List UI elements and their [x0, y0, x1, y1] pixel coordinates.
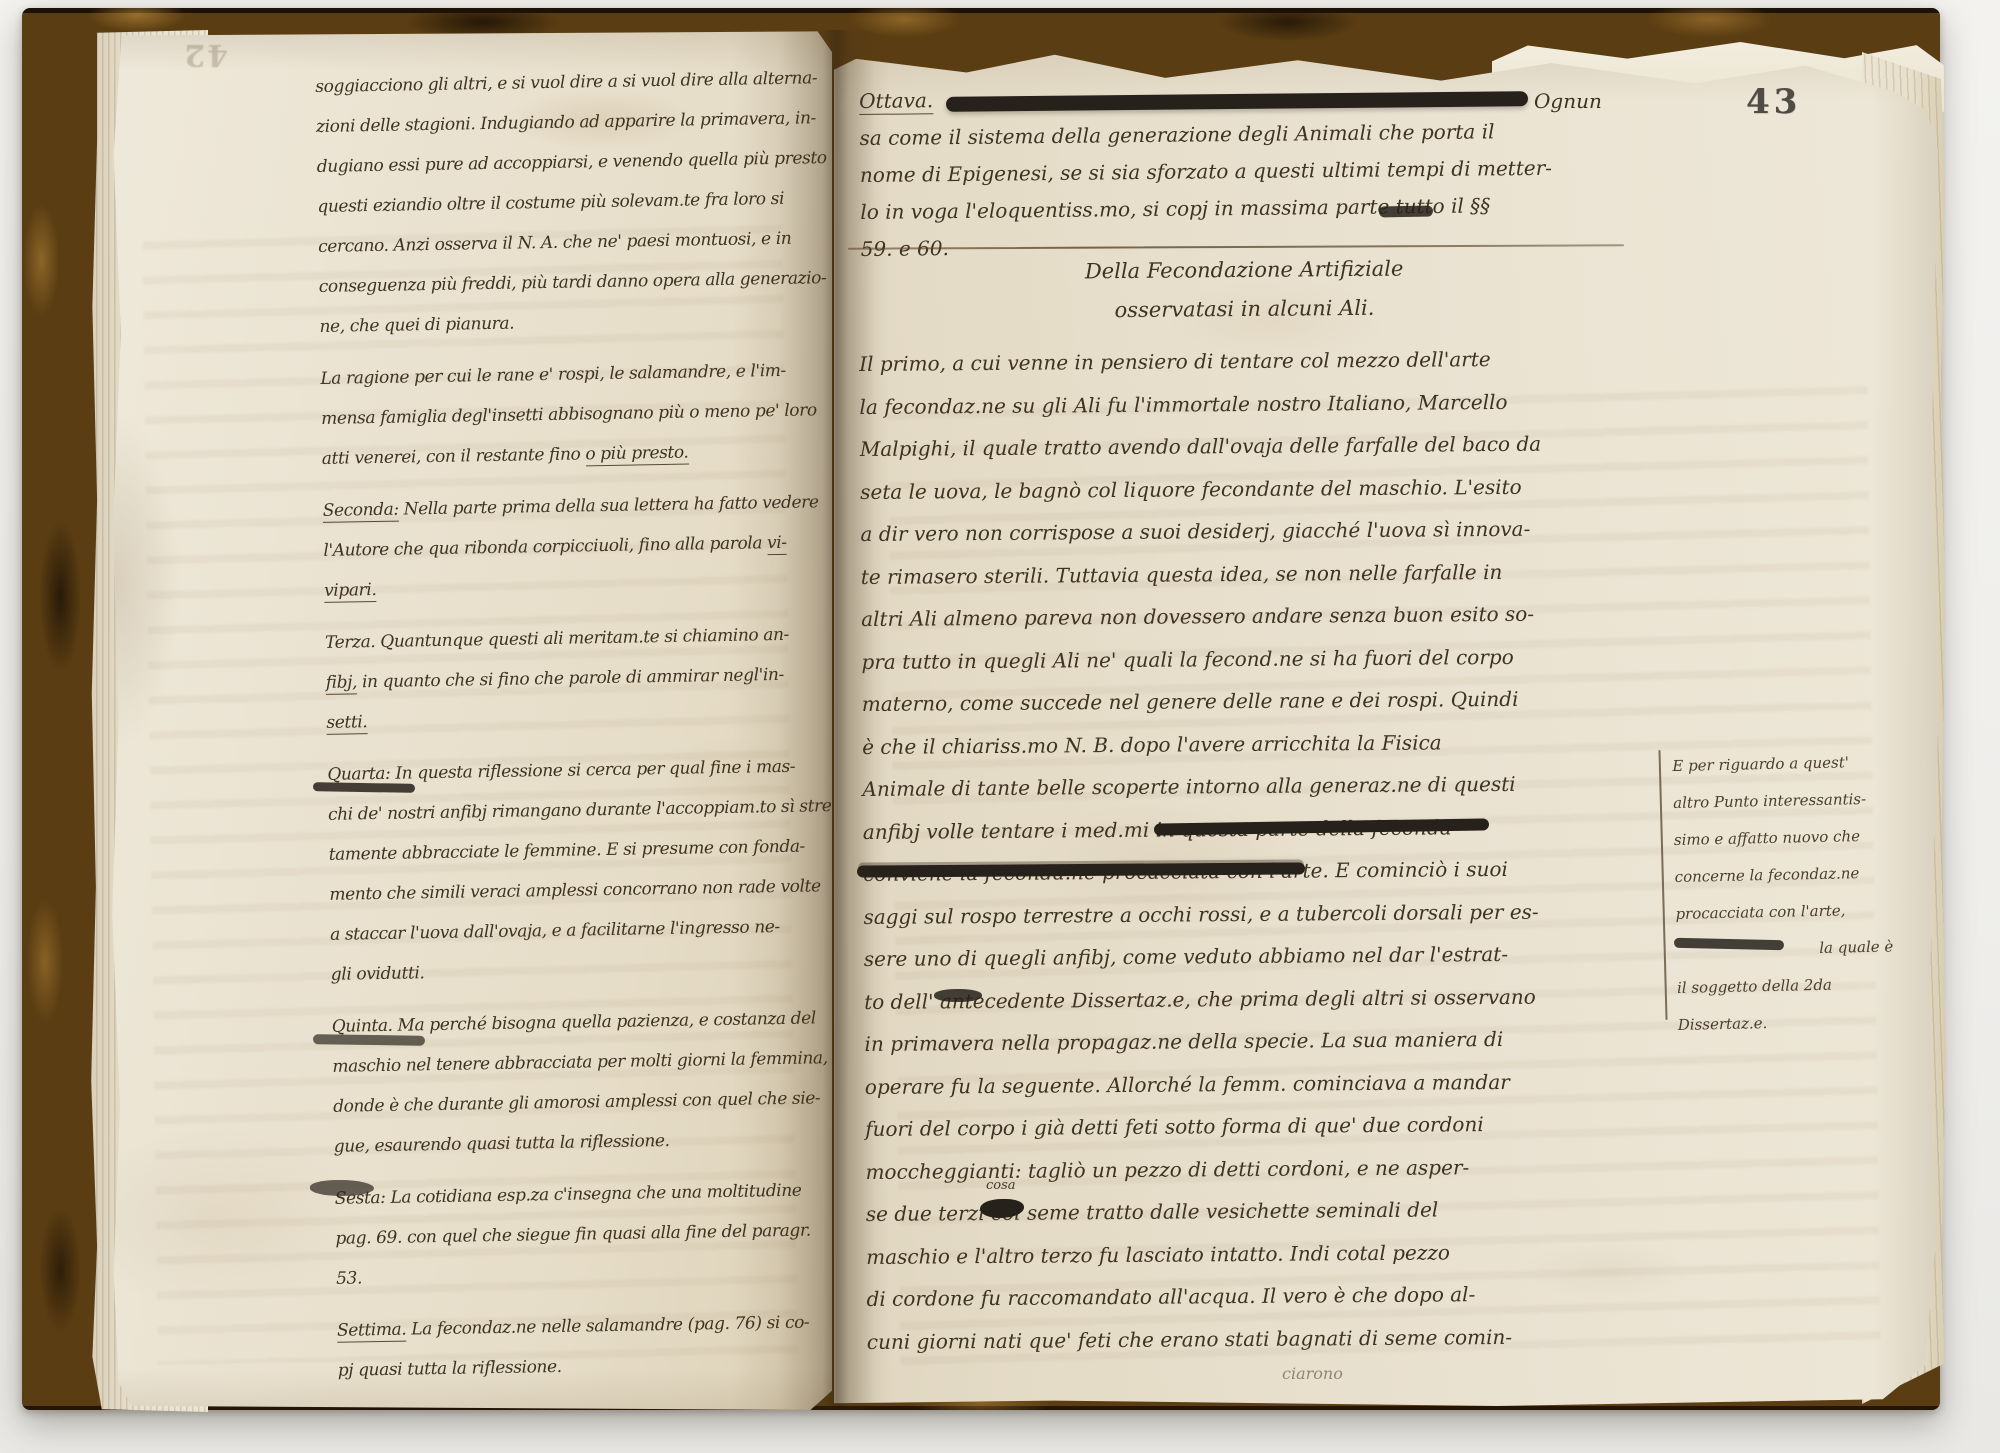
handwritten-line: gue, esaurendo quasi tutta la riflession…	[333, 1118, 832, 1167]
right-page-body-text: Il primo, a cui venne in pensiero di ten…	[859, 337, 1662, 1363]
handwritten-line: simo e affatto nuovo che	[1674, 817, 1927, 859]
handwritten-line: la quale è	[1676, 928, 1929, 970]
margin-note-bracket	[1658, 750, 1667, 1020]
handwritten-line: è che il chiariss.mo N. B. dopo l'avere …	[862, 719, 1657, 768]
margin-note: E per riguardo a quest'altro Punto inter…	[1672, 743, 1930, 1044]
handwritten-line: to dell' antecedente Dissertaz.e, che pr…	[864, 974, 1659, 1023]
handwritten-line: atti venerei, con il restante fino o più…	[321, 430, 827, 479]
left-page-text-block: soggiacciono gli altri, e si vuol dire a…	[315, 58, 832, 1391]
handwritten-line: fuori del corpo i già detti feti sotto f…	[865, 1102, 1660, 1151]
handwritten-line: Animale di tante belle scoperte intorno …	[862, 762, 1657, 811]
handwritten-line: materno, come succede nel genere delle r…	[862, 677, 1657, 726]
page-number: 43	[1746, 82, 1801, 122]
handwritten-line: sere uno di quegli anfibj, come veduto a…	[864, 932, 1659, 981]
handwritten-line: maschio e l'altro terzo fu lasciato inta…	[866, 1229, 1661, 1278]
catchword: ciarono	[1282, 1364, 1343, 1383]
handwritten-line: la fecondaz.ne su gli Ali fu l'immortale…	[859, 379, 1654, 428]
handwritten-line: te rimasero sterili. Tuttavia questa ide…	[861, 549, 1656, 598]
section-heading-line-2: osservatasi in alcuni Ali.	[894, 287, 1594, 332]
section-heading: Della Fecondazione Artifiziale osservata…	[894, 248, 1595, 332]
handwritten-line: pra tutto in quegli Ali ne' quali la fec…	[861, 634, 1656, 683]
handwritten-line: altro Punto interessantis-	[1673, 780, 1926, 822]
handwritten-line: saggi sul rospo terrestre a occhi rossi,…	[863, 889, 1658, 938]
handwritten-line: seta le uova, le bagnò col liquore fecon…	[860, 464, 1655, 513]
right-page-intro-text: Ottava.sa come il sistema della generazi…	[859, 75, 1651, 268]
handwritten-line: pj quasi tutta la riflessione.	[337, 1342, 832, 1391]
handwritten-line: operare fu la seguente. Allorché la femm…	[865, 1059, 1660, 1108]
handwritten-line: in primavera nella propagaz.ne della spe…	[864, 1017, 1659, 1066]
handwritten-line: procacciata con l'arte,	[1675, 891, 1928, 933]
handwritten-line: altri Ali almeno pareva non dovessero an…	[861, 592, 1656, 641]
handwritten-line: E per riguardo a quest'	[1672, 743, 1925, 785]
handwritten-line: Dissertaz.e.	[1677, 1002, 1930, 1044]
handwritten-line: il soggetto della 2da	[1677, 965, 1930, 1007]
ghost-page-number: 42	[182, 37, 228, 72]
handwritten-line: conviene la feconda.ne procacciata con l…	[863, 847, 1658, 896]
interlinear-insertion: cosa	[986, 1178, 1016, 1193]
handwritten-line: a dir vero non corrispose a suoi desider…	[860, 507, 1655, 556]
handwritten-line: Il primo, a cui venne in pensiero di ten…	[859, 337, 1654, 386]
handwritten-line: Malpighi, il quale tratto avendo dall'ov…	[860, 422, 1655, 471]
handwritten-line: cuni giorni nati que' feti che erano sta…	[867, 1314, 1662, 1363]
intro-line-end-word: Ognun	[1534, 83, 1602, 120]
right-manuscript-page: 43 Ottava.sa come il sistema della gener…	[834, 48, 1938, 1406]
handwritten-line: moccheggianti: tagliò un pezzo di detti …	[865, 1144, 1660, 1193]
photo-background: 42 soggiacciono gli altri, e si vuol dir…	[0, 0, 2000, 1453]
handwritten-line: anfibj volle tentare i med.mi in questa …	[863, 804, 1658, 853]
section-heading-line-1: Della Fecondazione Artifiziale	[894, 248, 1594, 293]
left-manuscript-page: 42 soggiacciono gli altri, e si vuol dir…	[110, 30, 832, 1410]
handwritten-line: di cordone fu raccomandato all'acqua. Il…	[866, 1272, 1661, 1321]
handwritten-line: gli ovidutti.	[330, 946, 832, 995]
handwritten-line: concerne la fecondaz.ne	[1674, 854, 1927, 896]
handwritten-line: se due terzi col seme tratto dalle vesic…	[866, 1187, 1661, 1236]
handwritten-line: ne, che quei di pianura.	[319, 298, 825, 347]
manuscript-book-leather-cover: 42 soggiacciono gli altri, e si vuol dir…	[22, 8, 1940, 1410]
